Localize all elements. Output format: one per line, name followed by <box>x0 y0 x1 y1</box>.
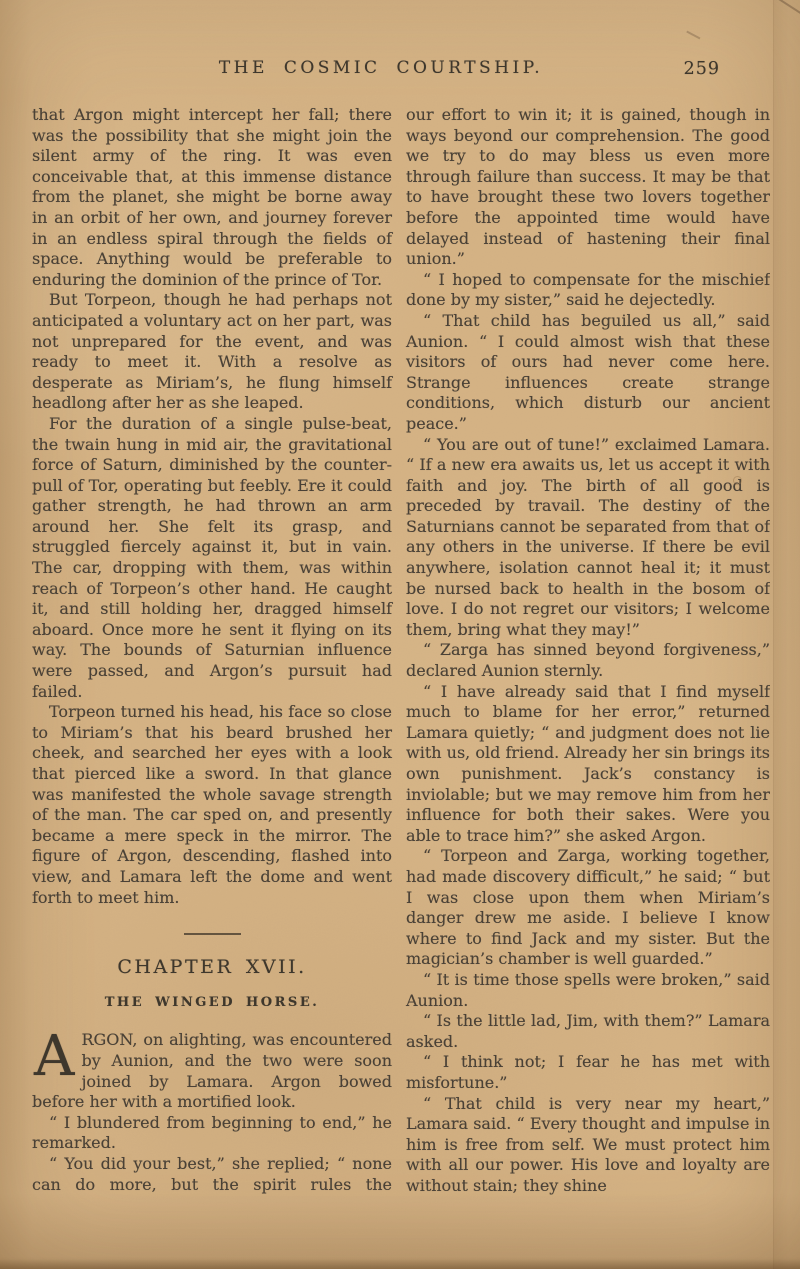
paragraph: “ It is time those spells were broken,” … <box>406 970 770 1011</box>
paragraph-text: RGON, on alighting, was encountered by A… <box>32 1030 392 1111</box>
book-page: THE COSMIC COURTSHIP. 259 that Argon mig… <box>0 0 800 1269</box>
paragraph: our effort to win it; it is gained, thou… <box>406 105 770 270</box>
page-content: THE COSMIC COURTSHIP. 259 that Argon mig… <box>32 58 770 1197</box>
page-number: 259 <box>684 59 720 79</box>
paragraph: “ Zarga has sinned beyond forgiveness,” … <box>406 640 770 681</box>
paragraph: that Argon might intercept her fall; the… <box>32 105 392 290</box>
paragraph: “ Is the little lad, Jim, with them?” La… <box>406 1011 770 1052</box>
paragraph: “ That child has beguiled us all,” said … <box>406 311 770 435</box>
chapter-heading: CHAPTER XVII. <box>32 957 392 978</box>
paragraph: “ I hoped to compensate for the mischief… <box>406 270 770 311</box>
paragraph: “ You are out of tune!” exclaimed Lamara… <box>406 435 770 641</box>
chapter-divider <box>184 933 241 935</box>
page-bottom-edge <box>0 1259 800 1269</box>
paragraph: “ I think not; I fear he has met with mi… <box>406 1052 770 1093</box>
right-column: our effort to win it; it is gained, thou… <box>406 105 770 1197</box>
column-gap <box>392 105 406 1197</box>
running-head-title: THE COSMIC COURTSHIP. <box>32 58 770 78</box>
chapter-opening-paragraph: ARGON, on alighting, was encountered by … <box>32 1030 392 1112</box>
chapter-subheading: THE WINGED HORSE. <box>32 993 392 1014</box>
chapter-block: CHAPTER XVII. THE WINGED HORSE. <box>32 933 392 1013</box>
paragraph: “ You did your best,” she replied; “ non… <box>32 1154 392 1197</box>
paragraph: But Torpeon, though he had perhaps not a… <box>32 290 392 414</box>
paragraph: Torpeon turned his head, his face so clo… <box>32 702 392 908</box>
drop-cap: A <box>32 1030 81 1080</box>
paragraph: “ That child is very near my heart,” Lam… <box>406 1094 770 1197</box>
left-column: that Argon might intercept her fall; the… <box>32 105 392 1197</box>
text-columns: that Argon might intercept her fall; the… <box>32 105 770 1197</box>
running-head: THE COSMIC COURTSHIP. 259 <box>32 58 770 84</box>
paragraph: “ Torpeon and Zarga, working together, h… <box>406 846 770 970</box>
scan-artifact <box>687 31 701 39</box>
paragraph: “ I have already said that I find myself… <box>406 682 770 847</box>
paragraph: “ I blundered from beginning to end,” he… <box>32 1113 392 1154</box>
paragraph: For the duration of a single pulse-beat,… <box>32 414 392 702</box>
page-right-edge <box>773 0 800 1269</box>
